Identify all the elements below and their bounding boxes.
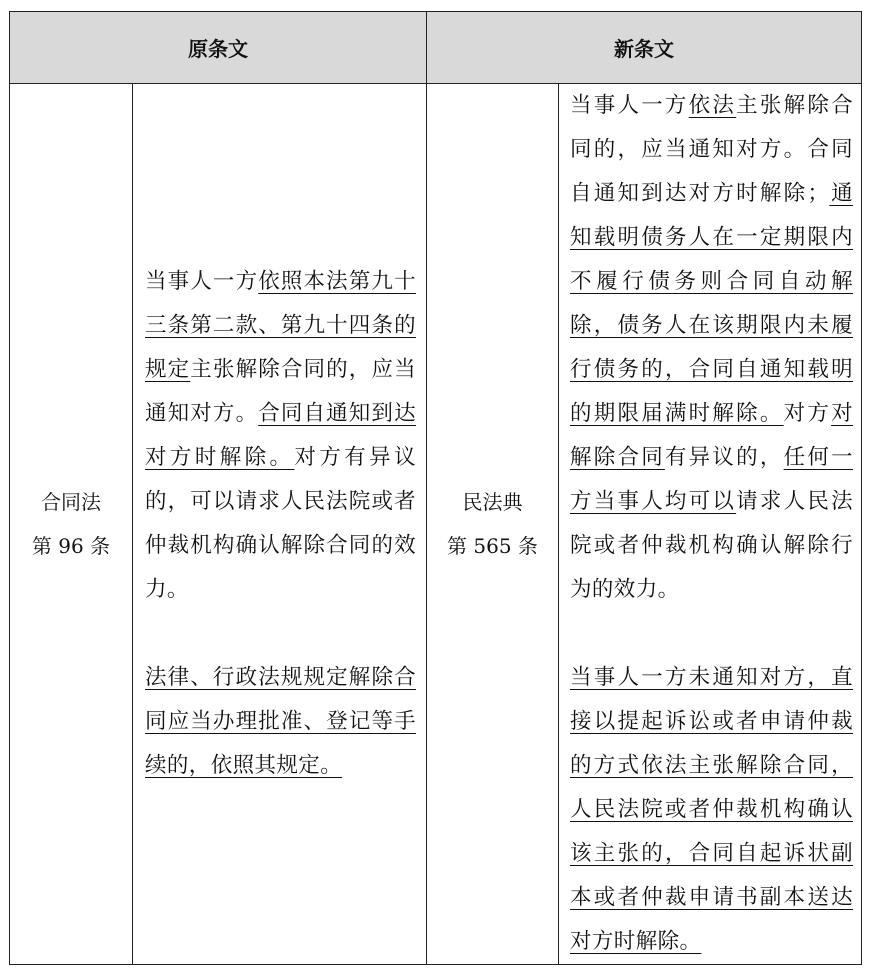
header-row: 原条文 新条文 bbox=[10, 12, 862, 84]
new-text-cell: 当事人一方依法主张解除合同的，应当通知对方。合同自通知到达对方时解除；通知载明债… bbox=[559, 84, 862, 965]
unchanged-text: 当事人一方 bbox=[570, 93, 689, 118]
paragraph-gap bbox=[559, 612, 861, 656]
new-article-number: 第 565 条 bbox=[427, 524, 558, 568]
paragraph-gap bbox=[133, 612, 426, 656]
new-law-name: 民法典 bbox=[427, 480, 558, 524]
header-new: 新条文 bbox=[427, 12, 862, 84]
new-paragraph-1: 当事人一方依法主张解除合同的，应当通知对方。合同自通知到达对方时解除；通知载明债… bbox=[559, 84, 861, 612]
new-paragraph-2: 当事人一方未通知对方，直接以提起诉讼或者申请仲裁的方式依法主张解除合同，人民法院… bbox=[559, 656, 861, 964]
original-law-name: 合同法 bbox=[10, 480, 132, 524]
new-source-cell: 民法典 第 565 条 bbox=[427, 84, 559, 965]
amended-text: 依法 bbox=[689, 93, 736, 118]
unchanged-text: 当事人一方 bbox=[145, 269, 258, 294]
original-paragraph-2: 法律、行政法规规定解除合同应当办理批准、登记等手续的，依照其规定。 bbox=[133, 656, 426, 788]
unchanged-text: 对方 bbox=[784, 401, 831, 426]
table-row: 合同法 第 96 条 当事人一方依照本法第九十三条第二款、第九十四条的规定主张解… bbox=[10, 84, 862, 965]
original-paragraph-1: 当事人一方依照本法第九十三条第二款、第九十四条的规定主张解除合同的，应当通知对方… bbox=[133, 260, 426, 612]
amended-text: 法律、行政法规规定解除合同应当办理批准、登记等手续的，依照其规定。 bbox=[145, 665, 416, 778]
amended-text: 通知载明债务人在一定期限内不履行债务则合同自动解除，债务人在该期限内未履行债务的… bbox=[570, 181, 853, 426]
header-original: 原条文 bbox=[10, 12, 427, 84]
original-article-number: 第 96 条 bbox=[10, 524, 132, 568]
comparison-table: 原条文 新条文 合同法 第 96 条 当事人一方依照本法第九十三条第二款、第九十… bbox=[9, 11, 862, 965]
original-source-cell: 合同法 第 96 条 bbox=[10, 84, 133, 965]
unchanged-text: 有异议的， bbox=[665, 445, 784, 470]
amended-text: 当事人一方未通知对方，直接以提起诉讼或者申请仲裁的方式依法主张解除合同，人民法院… bbox=[570, 665, 853, 954]
original-text-cell: 当事人一方依照本法第九十三条第二款、第九十四条的规定主张解除合同的，应当通知对方… bbox=[133, 84, 427, 965]
